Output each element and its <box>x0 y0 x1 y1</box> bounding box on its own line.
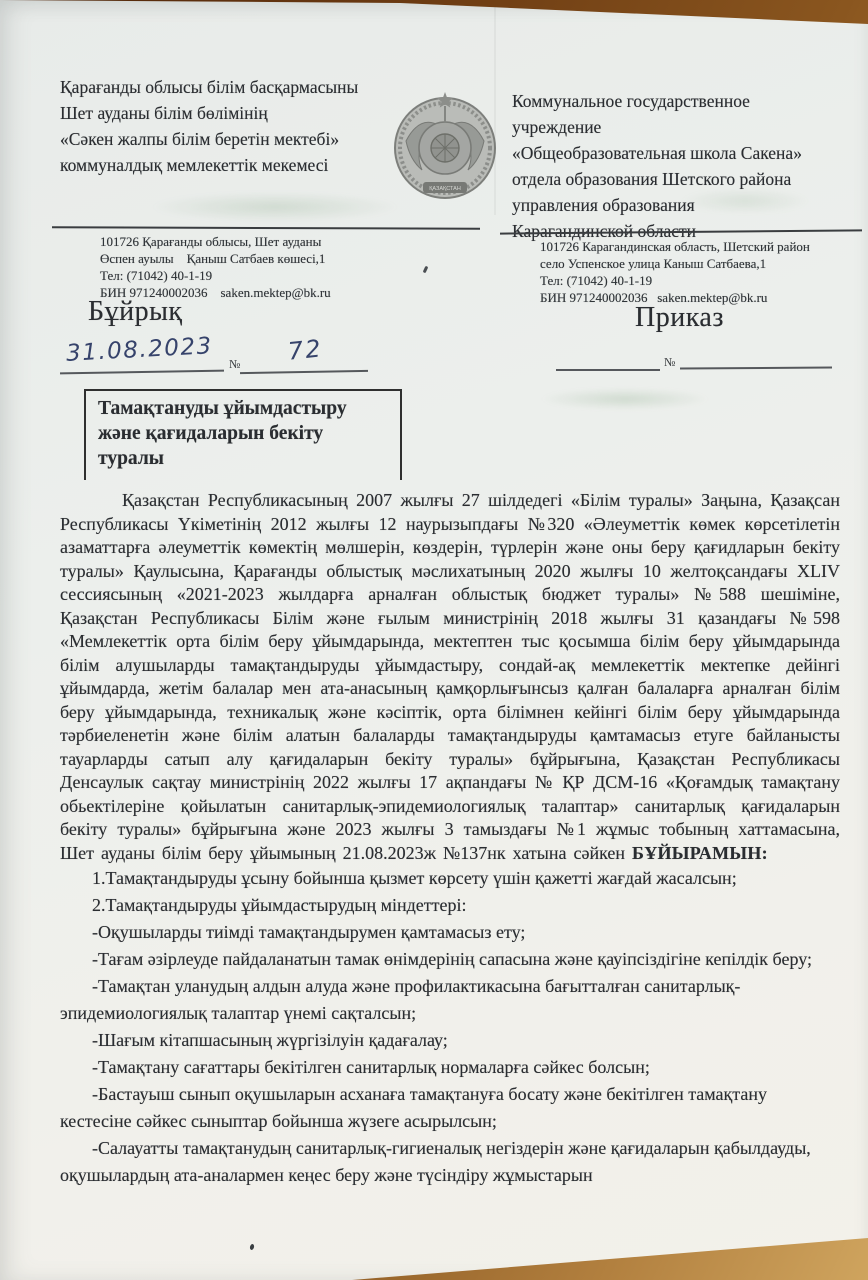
org-ru-line: учреждение <box>512 114 862 140</box>
subject-line: Тамақтануды ұйымдастыру <box>98 396 388 421</box>
address-block-russian: 101726 Карагандинская область, Шетский р… <box>540 238 860 306</box>
org-kk-line: Шет ауданы білім бөлімінің <box>60 100 410 126</box>
org-ru-line: «Общеобразовательная школа Сакена» <box>512 140 862 166</box>
org-name-russian: Коммунальное государственное учреждение … <box>512 88 862 244</box>
order-item: -Бастауыш сынып оқушыларын асханаға тама… <box>60 1081 840 1135</box>
emblem-banner-text: ҚАЗАҚСТАН <box>429 186 461 192</box>
org-ru-line: управления образования <box>512 192 862 218</box>
blank-date-line-right <box>556 369 660 371</box>
org-ru-line: Коммунальное государственное <box>512 88 862 114</box>
ink-bleed-smudge <box>540 388 710 410</box>
number-sign-right: № <box>664 355 675 370</box>
addr-ru-line: 101726 Карагандинская область, Шетский р… <box>540 238 860 255</box>
addr-ru-line: Тел: (71042) 40-1-19 <box>540 272 860 289</box>
order-item: -Шағым кітапшасының жүргізілуін қадағала… <box>60 1027 840 1054</box>
order-subject-box: Тамақтануды ұйымдастыру және қағидаларын… <box>84 389 402 480</box>
number-sign-left: № <box>229 357 240 372</box>
org-kk-line: коммуналдық мемлекеттік мекемесі <box>60 152 410 178</box>
ink-bleed-smudge <box>150 192 400 222</box>
addr-kk-line: Өспен ауылы Қаныш Сатбаев көшесі,1 <box>100 250 460 267</box>
order-heading-kazakh: Бұйрық <box>88 296 182 328</box>
paper-sheet: Қарағанды облысы білім басқармасыны Шет … <box>0 0 868 1280</box>
handwritten-date: 31.08.2023 <box>65 333 213 367</box>
handwritten-order-number: 72 <box>287 334 324 365</box>
paper-speck <box>249 1244 254 1251</box>
subject-line: және қағидаларын бекіту <box>98 421 388 446</box>
blank-number-line-right <box>680 366 832 369</box>
addr-kk-line: 101726 Қарағанды облысы, Шет ауданы <box>100 233 460 250</box>
org-kk-line: «Сәкен жалпы білім беретін мектебі» <box>60 126 410 152</box>
date-underline <box>60 370 224 374</box>
order-item: -Тағам әзірлеуде пайдаланатын тамак өнім… <box>60 946 840 973</box>
number-underline <box>240 370 368 374</box>
addr-ru-line: село Успенское улица Каныш Сатбаева,1 <box>540 255 860 272</box>
org-ru-line: отдела образования Шетского района <box>512 166 862 192</box>
subject-line: туралы <box>98 446 388 471</box>
address-block-kazakh: 101726 Қарағанды облысы, Шет ауданы Өспе… <box>100 233 460 301</box>
order-item: 1.Тамақтандыруды ұсыну бойынша қызмет кө… <box>60 865 840 892</box>
order-item: -Тамақтан уланудың алдын алуда және проф… <box>60 973 840 1027</box>
order-preamble: Қазақстан Республикасының 2007 жылғы 27 … <box>60 489 840 865</box>
org-kk-line: Қарағанды облысы білім басқармасыны <box>60 74 410 100</box>
order-item: -Салауатты тамақтанудың санитарлық-гигие… <box>60 1135 840 1189</box>
document-photo: Қарағанды облысы білім басқармасыны Шет … <box>0 0 868 1280</box>
preamble-text: Қазақстан Республикасының 2007 жылғы 27 … <box>60 490 840 863</box>
kazakhstan-coat-of-arms-icon: ҚАЗАҚСТАН <box>392 86 498 204</box>
addr-kk-line: Тел: (71042) 40-1-19 <box>100 267 460 284</box>
divider-left <box>52 226 480 229</box>
order-item: 2.Тамақтандыруды ұйымдастырудың міндетте… <box>60 892 840 919</box>
order-item: -Тамақтану сағаттары бекітілген санитарл… <box>60 1054 840 1081</box>
order-body: Қазақстан Республикасының 2007 жылғы 27 … <box>60 489 840 1189</box>
order-item: -Оқушыларды тиімді тамақтандырумен қамта… <box>60 919 840 946</box>
resolve-word: БҰЙЫРАМЫН: <box>632 843 768 863</box>
order-heading-russian: Приказ <box>635 302 724 334</box>
org-name-kazakh: Қарағанды облысы білім басқармасыны Шет … <box>60 74 410 178</box>
